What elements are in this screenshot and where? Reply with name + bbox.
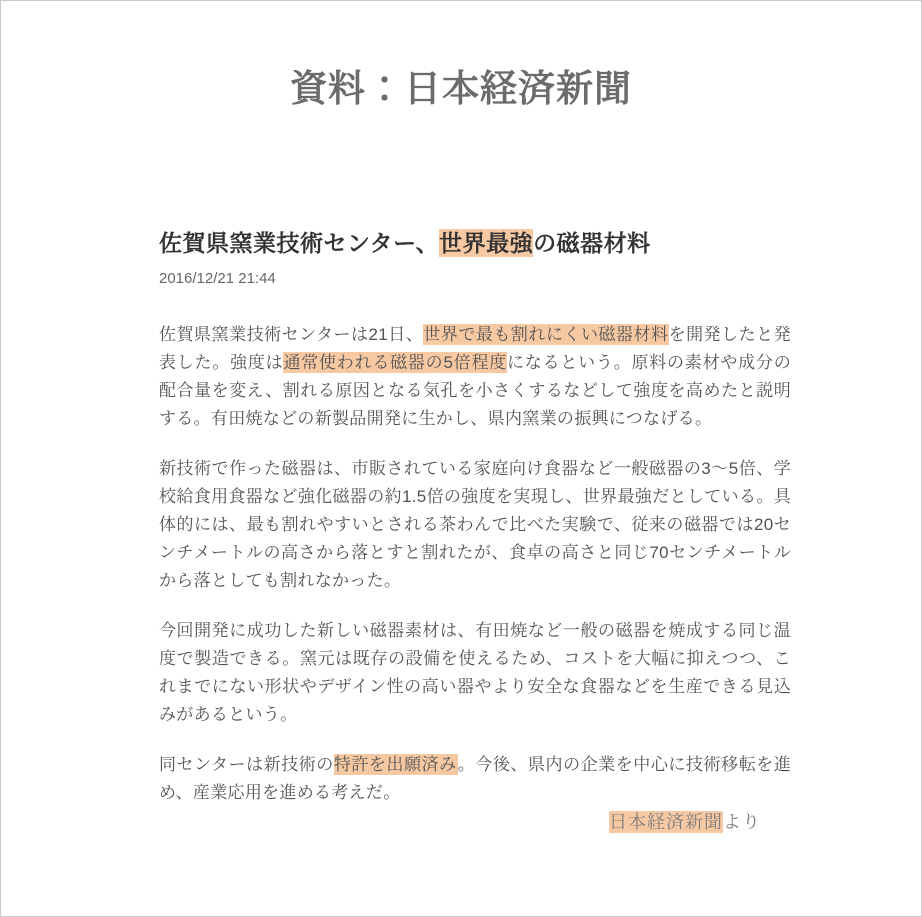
attribution-source: 日本経済新聞 [609, 811, 723, 833]
article: 佐賀県窯業技術センター、世界最強の磁器材料 2016/12/21 21:44 佐… [159, 227, 791, 835]
attribution: 日本経済新聞より [159, 809, 791, 835]
highlight-segment: 特許を出願済み [334, 754, 458, 775]
text-segment: 新技術で作った磁器は、市販されている家庭向け食器など一般磁器の3～5倍、学校給食… [159, 459, 791, 590]
headline-text-segment: 佐賀県窯業技術センター、 [159, 230, 439, 256]
article-date: 2016/12/21 21:44 [159, 270, 791, 287]
document-page: 資料：日本経済新聞 佐賀県窯業技術センター、世界最強の磁器材料 2016/12/… [0, 0, 922, 917]
highlight-segment: 世界で最も割れにくい磁器材料 [423, 324, 668, 345]
text-segment: 同センターは新技術の [159, 755, 334, 774]
highlight-segment: 通常使われる磁器の5倍程度 [283, 352, 507, 373]
document-title: 資料：日本経済新聞 [1, 1, 921, 113]
paragraph-2: 新技術で作った磁器は、市販されている家庭向け食器など一般磁器の3～5倍、学校給食… [159, 455, 791, 595]
paragraph-3: 今回開発に成功した新しい磁器素材は、有田焼など一般の磁器を焼成する同じ温度で製造… [159, 617, 791, 729]
article-body: 佐賀県窯業技術センターは21日、世界で最も割れにくい磁器材料を開発したと発表した… [159, 321, 791, 807]
text-segment: 佐賀県窯業技術センターは21日、 [159, 325, 423, 344]
paragraph-1: 佐賀県窯業技術センターは21日、世界で最も割れにくい磁器材料を開発したと発表した… [159, 321, 791, 433]
text-segment: 今回開発に成功した新しい磁器素材は、有田焼など一般の磁器を焼成する同じ温度で製造… [159, 621, 791, 724]
headline-highlight: 世界最強 [439, 229, 533, 257]
attribution-suffix: より [723, 812, 761, 832]
paragraph-4: 同センターは新技術の特許を出願済み。今後、県内の企業を中心に技術移転を進め、産業… [159, 751, 791, 807]
article-headline: 佐賀県窯業技術センター、世界最強の磁器材料 [159, 227, 791, 259]
headline-text-segment: の磁器材料 [533, 230, 651, 256]
